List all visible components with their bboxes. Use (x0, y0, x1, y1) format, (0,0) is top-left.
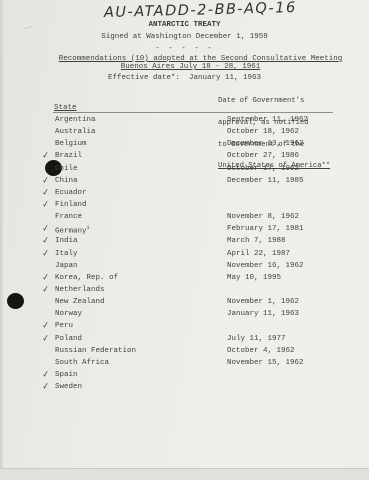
approval-date: April 22, 1987 (227, 250, 290, 258)
table-row: ✓ChinaDecember 11, 1985 (0, 177, 369, 189)
approval-date: January 11, 1963 (227, 310, 299, 318)
approval-date: November 8, 1962 (227, 213, 299, 221)
approval-date: December 13, 1962 (227, 140, 304, 148)
state-name: Chile (55, 165, 78, 173)
state-name: Argentina (55, 116, 96, 124)
approval-date: December 11, 1985 (227, 177, 304, 185)
handwritten-reference-number: AU-ATADD-2-BB-AQ-16 (104, 0, 334, 21)
approval-header-line: Date of Government's (218, 98, 330, 105)
state-name: Norway (55, 310, 82, 318)
table-row: New ZealandNovember 1, 1962 (0, 298, 369, 310)
approval-date: February 17, 1981 (227, 225, 304, 233)
scan-edge-shadow-bottom (0, 468, 369, 480)
table-row: ✓PolandJuly 11, 1977 (0, 335, 369, 347)
table-row: ArgentinaSeptember 11, 1962 (0, 116, 369, 128)
document-title: ANTARCTIC TREATY (0, 21, 369, 29)
checkmark-annotation: ✓ (41, 272, 50, 283)
approval-date: October 27, 1986 (227, 152, 299, 160)
dash-separator: - - - - - (0, 45, 369, 53)
checkmark-annotation: ✓ (41, 175, 50, 186)
state-name: Netherlands (55, 286, 105, 294)
recommendations-heading-line2: Buenos Aires July 18 - 28, 1961 (6, 63, 369, 71)
approval-date: November 1, 1962 (227, 298, 299, 306)
checkmark-annotation: ✓ (41, 224, 50, 235)
table-row: ✓Netherlands (0, 286, 369, 298)
table-row: ✓Germany1February 17, 1981 (0, 225, 369, 237)
checkmark-annotation: ✓ (41, 248, 50, 259)
table-row: ✓Korea, Rep. ofMay 10, 1995 (0, 274, 369, 286)
state-name: China (55, 177, 78, 185)
approval-date: May 10, 1995 (227, 274, 281, 282)
approval-date: September 11, 1962 (227, 116, 308, 124)
state-column-header: State (54, 104, 77, 112)
state-name: Belgium (55, 140, 87, 148)
state-name: Australia (55, 128, 96, 136)
state-name: Russian Federation (55, 347, 136, 355)
approval-date: November 16, 1962 (227, 262, 304, 270)
state-name: Sweden (55, 383, 82, 391)
approval-date: October 18, 1962 (227, 128, 299, 136)
state-name: France (55, 213, 82, 221)
state-name: New Zealand (55, 298, 105, 306)
table-row: FranceNovember 8, 1962 (0, 213, 369, 225)
state-name: Korea, Rep. of (55, 274, 118, 282)
table-row: NorwayJanuary 11, 1963 (0, 310, 369, 322)
table-row: ChileOctober 17, 1962 (0, 165, 369, 177)
table-row: AustraliaOctober 18, 1962 (0, 128, 369, 140)
table-row: ✓IndiaMarch 7, 1988 (0, 237, 369, 249)
checkmark-annotation: ✓ (41, 187, 50, 198)
checkmark-annotation: ✓ (41, 321, 50, 332)
checkmark-annotation: ✓ (41, 369, 50, 380)
table-row: ✓Spain (0, 371, 369, 383)
approval-date: November 15, 1962 (227, 359, 304, 367)
table-row: Russian FederationOctober 4, 1962 (0, 347, 369, 359)
checkmark-annotation: ✓ (41, 151, 50, 162)
approval-date: July 11, 1977 (227, 335, 286, 343)
footnote-marker: 1 (87, 225, 90, 231)
state-name: Poland (55, 335, 82, 343)
table-row: JapanNovember 16, 1962 (0, 262, 369, 274)
states-table: ArgentinaSeptember 11, 1962AustraliaOcto… (0, 116, 369, 395)
checkmark-annotation: ✓ (41, 200, 50, 211)
state-name: Finland (55, 201, 87, 209)
state-name: Ecuador (55, 189, 87, 197)
state-name: Germany1 (55, 225, 90, 236)
approval-date: March 7, 1988 (227, 237, 286, 245)
effective-date-line: Effective date*: January 11, 1963 (0, 74, 369, 82)
state-name: India (55, 237, 78, 245)
state-name: Japan (55, 262, 78, 270)
table-row: ✓Ecuador (0, 189, 369, 201)
table-row: BelgiumDecember 13, 1962 (0, 140, 369, 152)
state-name: South Africa (55, 359, 109, 367)
state-name: Spain (55, 371, 78, 379)
checkmark-annotation: ✓ (41, 382, 50, 393)
table-row: ✓BrazilOctober 27, 1986 (0, 152, 369, 164)
checkmark-annotation: ✓ (41, 236, 50, 247)
checkmark-annotation: ✓ (41, 284, 50, 295)
checkmark-annotation: ✓ (41, 333, 50, 344)
state-name: Brazil (55, 152, 82, 160)
table-row: ✓Peru (0, 322, 369, 334)
header-rule (53, 112, 333, 113)
recommendations-heading-line1: Recommendations (10) adopted at the Seco… (16, 55, 369, 63)
table-row: ✓Sweden (0, 383, 369, 395)
scanned-document-page: AU-ATADD-2-BB-AQ-16 ANTARCTIC TREATY Sig… (0, 0, 369, 480)
state-name: Peru (55, 322, 73, 330)
table-row: ✓ItalyApril 22, 1987 (0, 250, 369, 262)
approval-date: October 4, 1962 (227, 347, 295, 355)
state-name: Italy (55, 250, 78, 258)
signing-line: Signed at Washington December 1, 1959 (0, 33, 369, 41)
approval-date: October 17, 1962 (227, 165, 299, 173)
table-row: ✓Finland (0, 201, 369, 213)
table-row: South AfricaNovember 15, 1962 (0, 359, 369, 371)
